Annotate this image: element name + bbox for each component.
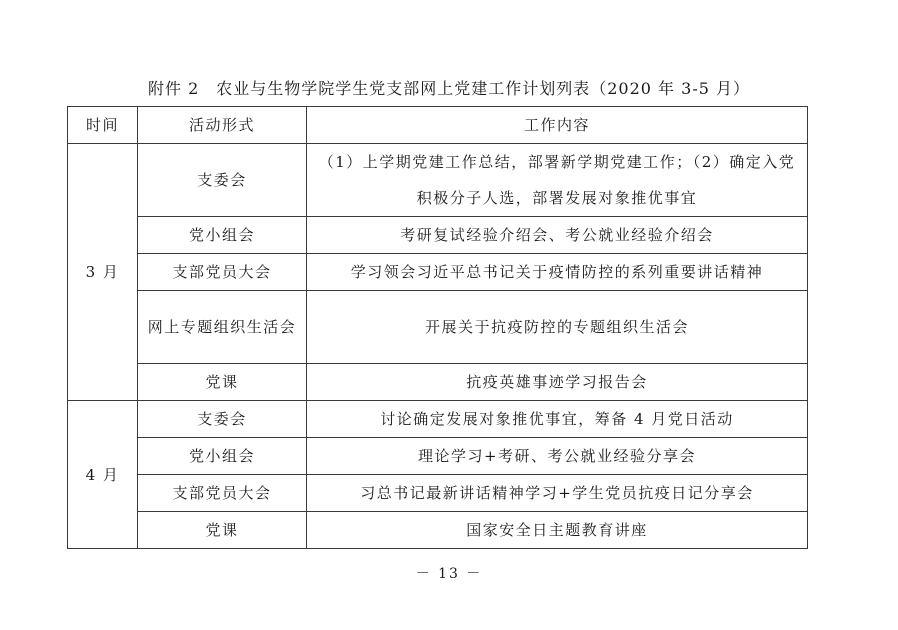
activity-form-cell: 支部党员大会 bbox=[138, 475, 307, 512]
table-row: 支部党员大会 习总书记最新讲话精神学习+学生党员抗疫日记分享会 bbox=[68, 475, 808, 512]
activity-form-cell: 党小组会 bbox=[138, 217, 307, 254]
work-content-cell: 学习领会习近平总书记关于疫情防控的系列重要讲话精神 bbox=[307, 254, 808, 291]
header-work-content: 工作内容 bbox=[307, 107, 808, 144]
page-number: － 13 － bbox=[0, 563, 898, 583]
activity-form-cell: 支部党员大会 bbox=[138, 254, 307, 291]
work-content-cell: 国家安全日主题教育讲座 bbox=[307, 512, 808, 549]
header-activity-form: 活动形式 bbox=[138, 107, 307, 144]
table-row: 党小组会 理论学习+考研、考公就业经验分享会 bbox=[68, 438, 808, 475]
month-cell-march: 3 月 bbox=[68, 144, 138, 401]
table-row: 党课 国家安全日主题教育讲座 bbox=[68, 512, 808, 549]
activity-form-cell: 党小组会 bbox=[138, 438, 307, 475]
work-content-cell: 讨论确定发展对象推优事宜，筹备 4 月党日活动 bbox=[307, 401, 808, 438]
work-content-cell: （1）上学期党建工作总结，部署新学期党建工作；（2）确定入党积极分子人选，部署发… bbox=[307, 144, 808, 217]
header-time: 时间 bbox=[68, 107, 138, 144]
table-row: 4 月 支委会 讨论确定发展对象推优事宜，筹备 4 月党日活动 bbox=[68, 401, 808, 438]
work-content-cell: 习总书记最新讲话精神学习+学生党员抗疫日记分享会 bbox=[307, 475, 808, 512]
work-content-cell: 开展关于抗疫防控的专题组织生活会 bbox=[307, 291, 808, 364]
work-plan-table: 时间 活动形式 工作内容 3 月 支委会 （1）上学期党建工作总结，部署新学期党… bbox=[67, 106, 808, 549]
activity-form-cell: 党课 bbox=[138, 364, 307, 401]
work-content-cell: 抗疫英雄事迹学习报告会 bbox=[307, 364, 808, 401]
table-row: 党课 抗疫英雄事迹学习报告会 bbox=[68, 364, 808, 401]
work-content-cell: 考研复试经验介绍会、考公就业经验介绍会 bbox=[307, 217, 808, 254]
table-header-row: 时间 活动形式 工作内容 bbox=[68, 107, 808, 144]
table-row: 支部党员大会 学习领会习近平总书记关于疫情防控的系列重要讲话精神 bbox=[68, 254, 808, 291]
work-content-cell: 理论学习+考研、考公就业经验分享会 bbox=[307, 438, 808, 475]
table-row: 党小组会 考研复试经验介绍会、考公就业经验介绍会 bbox=[68, 217, 808, 254]
activity-form-cell: 党课 bbox=[138, 512, 307, 549]
activity-form-cell: 支委会 bbox=[138, 144, 307, 217]
activity-form-cell: 网上专题组织生活会 bbox=[138, 291, 307, 364]
table-row: 3 月 支委会 （1）上学期党建工作总结，部署新学期党建工作；（2）确定入党积极… bbox=[68, 144, 808, 217]
activity-form-cell: 支委会 bbox=[138, 401, 307, 438]
table-row: 网上专题组织生活会 开展关于抗疫防控的专题组织生活会 bbox=[68, 291, 808, 364]
document-title: 附件 2 农业与生物学院学生党支部网上党建工作计划列表（2020 年 3-5 月… bbox=[0, 76, 898, 99]
month-cell-april: 4 月 bbox=[68, 401, 138, 549]
